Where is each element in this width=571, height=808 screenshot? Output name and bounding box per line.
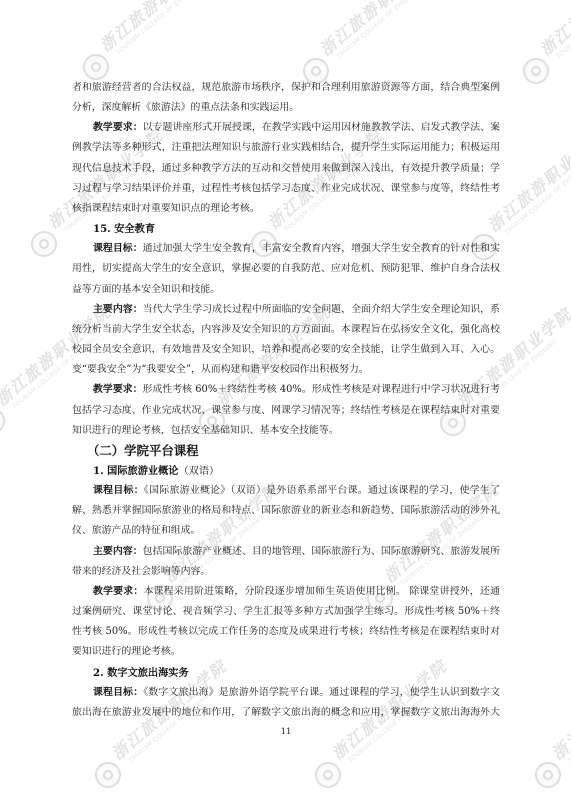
text-line: 性考核 50%。形成性考核以完成工作任务的态度及成果进行考核；终结性考核是在课程… — [72, 622, 500, 642]
text-line: 变“要我安全”为“我要安全”，从而构建和谐平安校园作出积极努力。 — [72, 360, 500, 380]
text-run: 《国际旅游业概论》（双语）是外语系系部平台课。通过该课程的学习，使学生了 — [144, 485, 500, 496]
paragraph-teaching-requirements: 教学要求：以专题讲座形式开展授课，在教学实践中运用因材施教教学法、启发式教学法、… — [72, 118, 500, 219]
watermark: 浙江旅游职业学院TOURISM COLLEGE OF ZHEJIANG — [518, 0, 571, 100]
watermark-text: 浙江旅游职业学院 — [546, 654, 571, 764]
course-heading: 15. 安全教育 — [72, 219, 500, 239]
text-line: 现代信息技术手段，通过多种教学方法的互动和交替使用来做到深入浅出，有效提升教学质… — [72, 159, 500, 179]
text-run: 《数字文旅出海》是旅游外语学院平台课。通过课程的学习，使学生认识到数字文 — [143, 687, 500, 698]
watermark-text: 浙江旅游职业学院 — [534, 0, 571, 60]
watermark-text-en: TOURISM COLLEGE OF ZHEJIANG — [567, 672, 571, 765]
course-heading: 2. 数字文旅出海实务 — [72, 663, 500, 683]
text-line: 者和旅游经营者的合法权益，规范旅游市场秩序，保护和合理利用旅游资源等方面，结合典… — [72, 78, 500, 98]
text-line: 课程目标：《数字文旅出海》是旅游外语学院平台课。通过课程的学习，使学生认识到数字… — [72, 683, 500, 703]
paragraph-teaching-requirements: 教学要求：本课程采用阶进策略，分阶段逐步增加师生英语使用比例。 除课堂讲授外，还… — [72, 582, 500, 663]
text-line: 包括学习态度、作业完成状况、课堂参与度、网课学习情况等；终结性考核是在课程结束时… — [72, 401, 500, 421]
text-line: 校园全员安全意识，有效地普及安全知识，培养和提高必要的安全技能，让学生做到入耳、… — [72, 340, 500, 360]
text-line: 统分析当前大学生安全状态，内容涉及安全知识的方方面面。本课程旨在弘扬安全文化，强… — [72, 320, 500, 340]
paragraph-label: 主要内容： — [93, 304, 143, 315]
text-line: 例教学法等多种形式，注重把法理知识与旅游行业实践相结合，提升学生实际运用能力；积… — [72, 138, 500, 158]
text-run: 以专题讲座形式开展授课，在教学实践中运用因材施教教学法、启发式教学法、案 — [143, 122, 500, 133]
paragraph-course-goal: 课程目标：通过加强大学生安全教育，丰富安全教育内容，增强大学生安全教育的针对性和… — [72, 239, 500, 299]
paragraph-main-content: 主要内容：包括国际旅游产业概述、目的地管理、国际旅游行为、国际旅游研究、旅游发展… — [72, 542, 500, 582]
seal-icon — [310, 757, 347, 794]
text-line: 益等方面的基本安全知识和技能。 — [72, 280, 500, 300]
text-run: 包括国际旅游产业概述、目的地管理、国际旅游行为、国际旅游研究、旅游发展所 — [143, 546, 500, 557]
text-line: 核指课程结束时对重要知识点的理论考核。 — [72, 199, 500, 219]
document-body: 者和旅游经营者的合法权益，规范旅游市场秩序，保护和合理利用旅游资源等方面，结合典… — [72, 78, 500, 723]
text-run: 本课程采用阶进策略，分阶段逐步增加师生英语使用比例。 除课堂讲授外，还通 — [143, 586, 500, 597]
course-heading-suffix: （双语） — [179, 466, 220, 477]
section-heading: （二）学院平台课程 — [72, 441, 500, 461]
paragraph-course-goal: 课程目标：《数字文旅出海》是旅游外语学院平台课。通过课程的学习，使学生认识到数字… — [72, 683, 500, 723]
text-run: 形成性考核 60%＋终结性考核 40%。形成性考核是对课程进行中学习状况进行考核… — [93, 384, 500, 400]
text-line: 旅出海在旅游业发展中的地位和作用，了解数字文旅出海的概念和应用，掌握数字文旅出海… — [72, 703, 500, 723]
text-line: 教学要求：以专题讲座形式开展授课，在教学实践中运用因材施教教学法、启发式教学法、… — [72, 118, 500, 138]
watermark-text: 浙江旅游职业学院 — [94, 0, 219, 56]
text-line: 课程目标：通过加强大学生安全教育，丰富安全教育内容，增强大学生安全教育的针对性和… — [72, 239, 500, 259]
seal-icon — [0, 403, 10, 440]
paragraph-course-goal: 课程目标：《国际旅游业概论》（双语）是外语系系部平台课。通过该课程的学习，使学生… — [72, 481, 500, 541]
course-heading-title: 1. 国际旅游业概论 — [93, 465, 179, 477]
paragraph-label: 教学要求： — [93, 384, 143, 395]
seal-icon — [90, 757, 127, 794]
paragraph-label: 主要内容： — [93, 546, 143, 557]
paragraph-label: 教学要求： — [93, 586, 143, 597]
page-number: 11 — [72, 727, 500, 737]
text-line: 用性，切实提高大学生的安全意识，掌握必要的自我防范、应对危机、预防犯罪、维护自身… — [72, 259, 500, 279]
text-line: 教学要求：本课程采用阶进策略，分阶段逐步增加师生英语使用比例。 除课堂讲授外，还… — [72, 582, 500, 602]
watermark: 浙江旅游职业学院TOURISM COLLEGE OF ZHEJIANG — [530, 606, 571, 804]
text-line: 习过程与学习结果评价并重，过程性考核包括学习态度、作业完成状况、课堂参与度等，终… — [72, 179, 500, 199]
text-line: 要知识进行的理论考核。 — [72, 642, 500, 662]
text-line: 带来的经济及社会影响等内容。 — [72, 562, 500, 582]
text-line: 课程目标：《国际旅游业概论》（双语）是外语系系部平台课。通过该课程的学习，使学生… — [72, 481, 500, 501]
text-run: 当代大学生学习成长过程中所面临的安全问题，全面介绍大学生安全理论知识，系 — [143, 304, 500, 315]
watermark-text-en: TOURISM COLLEGE OF ZHEJIANG — [555, 0, 571, 60]
seal-icon — [530, 757, 567, 794]
paragraph-intro-continuation: 者和旅游经营者的合法权益，规范旅游市场秩序，保护和合理利用旅游资源等方面，结合典… — [72, 78, 500, 118]
paragraph-label: 教学要求： — [93, 122, 143, 133]
paragraph-teaching-requirements: 教学要求：形成性考核 60%＋终结性考核 40%。形成性考核是对课程进行中学习状… — [72, 380, 500, 440]
watermark-text-en: TOURISM COLLEGE OF ZHEJIANG — [503, 144, 571, 237]
text-line: 分析，深度解析《旅游法》的重点法条和实践运用。 — [72, 98, 500, 118]
text-line: 解、熟悉并掌握国际旅游业的格局和特点、国际旅游业的新业态和新趋势、国际旅游活动的… — [72, 501, 500, 521]
paragraph-label: 课程目标： — [93, 485, 144, 496]
text-line: 主要内容：当代大学生学习成长过程中所面临的安全问题，全面介绍大学生安全理论知识，… — [72, 300, 500, 320]
text-line: 过案例研究、课堂讨论、视音频学习、学生汇报等多种方式加强学生练习。形成性考核 5… — [72, 602, 500, 622]
course-heading: 1. 国际旅游业概论（双语） — [72, 461, 500, 481]
watermark-text-en: TOURISM COLLEGE OF ZHEJIANG — [115, 0, 224, 56]
text-line: 知识进行的理论考核，包括安全基础知识、基本安全技能等。 — [72, 421, 500, 441]
seal-icon — [26, 226, 63, 263]
text-line: 主要内容：包括国际旅游产业概述、目的地管理、国际旅游行为、国际旅游研究、旅游发展… — [72, 542, 500, 562]
text-run: 通过加强大学生安全教育，丰富安全教育内容，增强大学生安全教育的针对性和实 — [143, 243, 500, 254]
watermark-text-en: TOURISM COLLEGE OF ZHEJIANG — [335, 0, 444, 60]
paragraph-label: 课程目标： — [93, 687, 143, 698]
paragraph-main-content: 主要内容：当代大学生学习成长过程中所面临的安全问题，全面介绍大学生安全理论知识，… — [72, 300, 500, 381]
seal-icon — [518, 53, 555, 90]
document-page: 浙江旅游职业学院TOURISM COLLEGE OF ZHEJIANG 浙江旅游… — [0, 0, 571, 808]
paragraph-label: 课程目标： — [93, 243, 143, 254]
text-line: 教学要求：形成性考核 60%＋终结性考核 40%。形成性考核是对课程进行中学习状… — [72, 380, 500, 400]
watermark-text: 浙江旅游职业学院 — [314, 0, 439, 60]
text-line: 仪、旅游产品的特征和组成。 — [72, 521, 500, 541]
